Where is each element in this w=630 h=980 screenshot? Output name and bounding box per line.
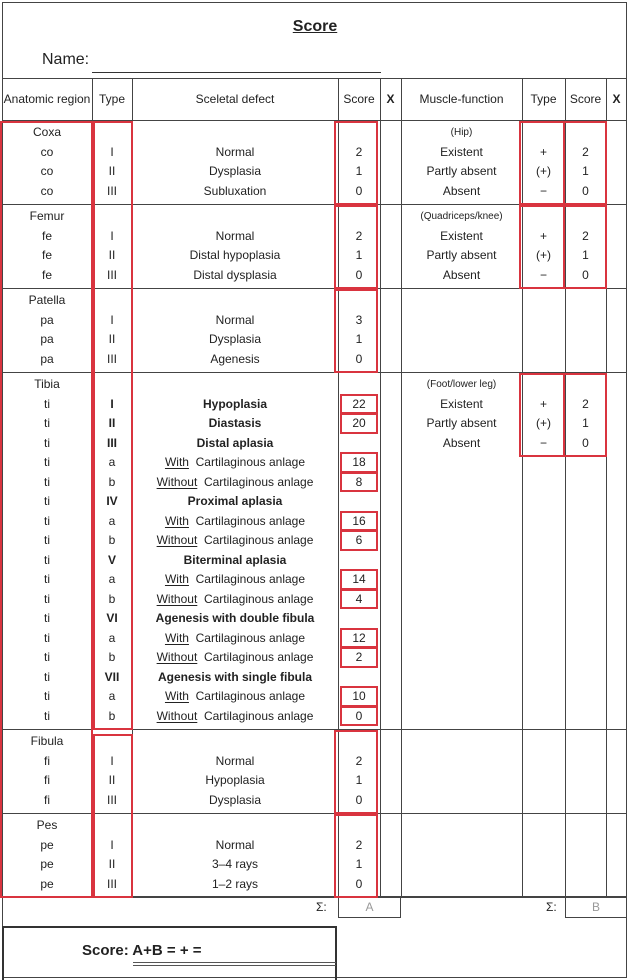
- anlage-qualifier: Without: [157, 533, 198, 547]
- defect-description: With Cartilaginous anlage: [132, 570, 338, 590]
- header-x: X: [380, 78, 401, 120]
- section-divider: [2, 204, 627, 205]
- defect-select-checkbox[interactable]: [380, 531, 401, 551]
- anlage-qualifier: Without: [157, 475, 198, 489]
- muscle-group-label: (Quadriceps/knee): [401, 207, 522, 227]
- defect-description: Normal: [132, 143, 338, 163]
- header-muscle-x: X: [606, 78, 627, 120]
- defect-score[interactable]: 18: [338, 453, 380, 473]
- defect-score[interactable]: 2: [338, 143, 380, 163]
- defect-score[interactable]: 10: [338, 687, 380, 707]
- defect-description: Distal aplasia: [132, 434, 338, 454]
- defect-type: III: [92, 434, 132, 454]
- muscle-function-value: Partly absent: [401, 246, 522, 266]
- defect-type: II: [92, 414, 132, 434]
- muscle-type: −: [522, 266, 565, 286]
- muscle-function-value: Absent: [401, 182, 522, 202]
- defect-description: Without Cartilaginous anlage: [132, 473, 338, 493]
- defect-type: a: [92, 687, 132, 707]
- defect-label: Cartilaginous anlage: [196, 514, 305, 528]
- defect-description: Normal: [132, 227, 338, 247]
- defect-select-checkbox[interactable]: [380, 570, 401, 590]
- defect-select-checkbox[interactable]: [380, 752, 401, 772]
- defect-score[interactable]: 4: [338, 590, 380, 610]
- muscle-type: (+): [522, 414, 565, 434]
- defect-label: Cartilaginous anlage: [204, 592, 313, 606]
- defect-score[interactable]: 14: [338, 570, 380, 590]
- muscle-group-label: (Hip): [401, 123, 522, 143]
- defect-select-checkbox[interactable]: [380, 434, 401, 454]
- muscle-score[interactable]: 0: [565, 266, 606, 286]
- defect-type: I: [92, 836, 132, 856]
- sum-a-field[interactable]: A: [338, 897, 401, 918]
- defect-type: b: [92, 531, 132, 551]
- defect-description: Diastasis: [132, 414, 338, 434]
- region-abbr: ti: [2, 590, 92, 610]
- defect-label: Cartilaginous anlage: [204, 533, 313, 547]
- muscle-function-value: Partly absent: [401, 414, 522, 434]
- defect-select-checkbox[interactable]: [380, 668, 401, 688]
- defect-score[interactable]: 0: [338, 182, 380, 202]
- region-abbr: ti: [2, 687, 92, 707]
- muscle-function-value: Existent: [401, 143, 522, 163]
- defect-type: b: [92, 473, 132, 493]
- defect-select-checkbox[interactable]: [380, 771, 401, 791]
- defect-type: II: [92, 330, 132, 350]
- sum-symbol-a: Σ:: [316, 900, 327, 914]
- defect-description: Without Cartilaginous anlage: [132, 531, 338, 551]
- defect-score[interactable]: 20: [338, 414, 380, 434]
- region-abbr: fe: [2, 227, 92, 247]
- defect-score[interactable]: [338, 609, 380, 629]
- defect-select-checkbox[interactable]: [380, 707, 401, 727]
- header-score: Score: [338, 78, 380, 120]
- muscle-function-value: Partly absent: [401, 162, 522, 182]
- defect-score[interactable]: [338, 434, 380, 454]
- anlage-qualifier: With: [165, 455, 189, 469]
- defect-type: a: [92, 453, 132, 473]
- section-divider: [2, 288, 627, 289]
- defect-description: 1–2 rays: [132, 875, 338, 895]
- defect-select-checkbox[interactable]: [380, 687, 401, 707]
- final-score-formula[interactable]: Score: A+B = + =: [82, 942, 202, 959]
- region-abbr: pe: [2, 836, 92, 856]
- region-abbr: pe: [2, 875, 92, 895]
- defect-type: II: [92, 771, 132, 791]
- name-label: Name:: [42, 51, 89, 69]
- defect-select-checkbox[interactable]: [380, 350, 401, 370]
- defect-type: I: [92, 143, 132, 163]
- defect-description: With Cartilaginous anlage: [132, 453, 338, 473]
- section-divider: [2, 813, 627, 814]
- region-abbr: ti: [2, 531, 92, 551]
- region-abbr: fe: [2, 246, 92, 266]
- region-label: Coxa: [2, 123, 92, 143]
- defect-type: a: [92, 629, 132, 649]
- muscle-score[interactable]: 1: [565, 162, 606, 182]
- defect-select-checkbox[interactable]: [380, 162, 401, 182]
- defect-description: Biterminal aplasia: [132, 551, 338, 571]
- defect-select-checkbox[interactable]: [380, 791, 401, 811]
- column-divider: [606, 78, 607, 896]
- score-underline: [133, 962, 336, 963]
- anlage-qualifier: Without: [157, 592, 198, 606]
- muscle-function-value: Existent: [401, 227, 522, 247]
- defect-type: VI: [92, 609, 132, 629]
- defect-label: Cartilaginous anlage: [196, 689, 305, 703]
- header-anatomic-region: Anatomic region: [2, 78, 92, 120]
- region-abbr: ti: [2, 434, 92, 454]
- region-abbr: ti: [2, 512, 92, 532]
- defect-type: b: [92, 590, 132, 610]
- defect-score[interactable]: 0: [338, 791, 380, 811]
- defect-score[interactable]: [338, 668, 380, 688]
- defect-score[interactable]: 1: [338, 855, 380, 875]
- defect-select-checkbox[interactable]: [380, 395, 401, 415]
- region-label: Fibula: [2, 732, 92, 752]
- region-abbr: pe: [2, 855, 92, 875]
- anlage-qualifier: Without: [157, 709, 198, 723]
- region-abbr: ti: [2, 453, 92, 473]
- muscle-function-value: Absent: [401, 434, 522, 454]
- defect-type: I: [92, 311, 132, 331]
- defect-type: a: [92, 512, 132, 532]
- muscle-type: +: [522, 395, 565, 415]
- defect-description: Hypoplasia: [132, 395, 338, 415]
- defect-select-checkbox[interactable]: [380, 875, 401, 895]
- defect-score[interactable]: 0: [338, 707, 380, 727]
- section-divider: [2, 729, 627, 730]
- region-abbr: pa: [2, 350, 92, 370]
- anlage-qualifier: With: [165, 514, 189, 528]
- region-label: Pes: [2, 816, 92, 836]
- region-abbr: pa: [2, 330, 92, 350]
- muscle-score[interactable]: 2: [565, 227, 606, 247]
- header-muscle-function: Muscle-function: [401, 78, 522, 120]
- region-label: Tibia: [2, 375, 92, 395]
- defect-description: Agenesis: [132, 350, 338, 370]
- defect-score[interactable]: 2: [338, 836, 380, 856]
- header-type: Type: [92, 78, 132, 120]
- header-muscle-score: Score: [565, 78, 606, 120]
- score-underline-double: [133, 965, 336, 966]
- defect-type: VII: [92, 668, 132, 688]
- defect-select-checkbox[interactable]: [380, 311, 401, 331]
- defect-score[interactable]: 3: [338, 311, 380, 331]
- anlage-qualifier: Without: [157, 650, 198, 664]
- defect-description: Hypoplasia: [132, 771, 338, 791]
- region-abbr: ti: [2, 629, 92, 649]
- muscle-function-value: Existent: [401, 395, 522, 415]
- defect-description: Dysplasia: [132, 330, 338, 350]
- region-abbr: ti: [2, 707, 92, 727]
- defect-description: 3–4 rays: [132, 855, 338, 875]
- region-abbr: fe: [2, 266, 92, 286]
- region-abbr: co: [2, 143, 92, 163]
- defect-type: b: [92, 707, 132, 727]
- defect-select-checkbox[interactable]: [380, 492, 401, 512]
- region-abbr: ti: [2, 473, 92, 493]
- muscle-score[interactable]: 0: [565, 434, 606, 454]
- defect-description: With Cartilaginous anlage: [132, 512, 338, 532]
- defect-type: III: [92, 791, 132, 811]
- region-abbr: ti: [2, 414, 92, 434]
- defect-description: Agenesis with single fibula: [132, 668, 338, 688]
- defect-score[interactable]: 2: [338, 752, 380, 772]
- region-label: Femur: [2, 207, 92, 227]
- defect-type: I: [92, 395, 132, 415]
- muscle-score[interactable]: 1: [565, 414, 606, 434]
- defect-select-checkbox[interactable]: [380, 182, 401, 202]
- defect-select-checkbox[interactable]: [380, 473, 401, 493]
- defect-select-checkbox[interactable]: [380, 143, 401, 163]
- region-abbr: ti: [2, 492, 92, 512]
- defect-description: Without Cartilaginous anlage: [132, 590, 338, 610]
- defect-type: I: [92, 752, 132, 772]
- muscle-function-value: Absent: [401, 266, 522, 286]
- defect-score[interactable]: 2: [338, 227, 380, 247]
- anlage-qualifier: With: [165, 631, 189, 645]
- name-field[interactable]: [92, 72, 381, 73]
- defect-type: V: [92, 551, 132, 571]
- defect-select-checkbox[interactable]: [380, 648, 401, 668]
- defect-description: Dysplasia: [132, 162, 338, 182]
- defect-score[interactable]: 0: [338, 875, 380, 895]
- muscle-type: +: [522, 227, 565, 247]
- region-abbr: fi: [2, 771, 92, 791]
- defect-description: Subluxation: [132, 182, 338, 202]
- defect-type: III: [92, 350, 132, 370]
- defect-label: Cartilaginous anlage: [196, 455, 305, 469]
- defect-score[interactable]: 22: [338, 395, 380, 415]
- defect-score[interactable]: [338, 551, 380, 571]
- defect-score[interactable]: 6: [338, 531, 380, 551]
- sum-symbol-b: Σ:: [546, 900, 557, 914]
- region-abbr: ti: [2, 609, 92, 629]
- region-abbr: ti: [2, 551, 92, 571]
- defect-type: II: [92, 855, 132, 875]
- muscle-type: +: [522, 143, 565, 163]
- muscle-score[interactable]: 1: [565, 246, 606, 266]
- defect-select-checkbox[interactable]: [380, 609, 401, 629]
- defect-label: Cartilaginous anlage: [196, 572, 305, 586]
- defect-score[interactable]: 16: [338, 512, 380, 532]
- muscle-group-label: (Foot/lower leg): [401, 375, 522, 395]
- section-divider: [2, 897, 627, 898]
- defect-select-checkbox[interactable]: [380, 227, 401, 247]
- header-bottom-line: [2, 120, 627, 121]
- region-label: Patella: [2, 291, 92, 311]
- defect-type: III: [92, 266, 132, 286]
- defect-select-checkbox[interactable]: [380, 330, 401, 350]
- defect-select-checkbox[interactable]: [380, 414, 401, 434]
- defect-description: Agenesis with double fibula: [132, 609, 338, 629]
- defect-score[interactable]: 1: [338, 246, 380, 266]
- defect-select-checkbox[interactable]: [380, 266, 401, 286]
- defect-score[interactable]: 8: [338, 473, 380, 493]
- defect-description: Distal dysplasia: [132, 266, 338, 286]
- defect-score[interactable]: 2: [338, 648, 380, 668]
- anlage-qualifier: With: [165, 572, 189, 586]
- muscle-type: −: [522, 182, 565, 202]
- defect-type: II: [92, 246, 132, 266]
- region-abbr: co: [2, 182, 92, 202]
- defect-score[interactable]: 12: [338, 629, 380, 649]
- defect-select-checkbox[interactable]: [380, 590, 401, 610]
- muscle-score[interactable]: 0: [565, 182, 606, 202]
- region-abbr: ti: [2, 570, 92, 590]
- defect-select-checkbox[interactable]: [380, 551, 401, 571]
- muscle-type: (+): [522, 162, 565, 182]
- region-abbr: pa: [2, 311, 92, 331]
- region-abbr: fi: [2, 752, 92, 772]
- defect-score[interactable]: [338, 492, 380, 512]
- defect-score[interactable]: 1: [338, 771, 380, 791]
- muscle-type: (+): [522, 246, 565, 266]
- defect-description: Proximal aplasia: [132, 492, 338, 512]
- defect-description: Without Cartilaginous anlage: [132, 648, 338, 668]
- anlage-qualifier: With: [165, 689, 189, 703]
- defect-description: Normal: [132, 311, 338, 331]
- defect-type: I: [92, 227, 132, 247]
- defect-description: Dysplasia: [132, 791, 338, 811]
- region-abbr: ti: [2, 648, 92, 668]
- defect-score[interactable]: 1: [338, 162, 380, 182]
- defect-type: II: [92, 162, 132, 182]
- defect-description: Normal: [132, 752, 338, 772]
- header-muscle-type: Type: [522, 78, 565, 120]
- defect-type: a: [92, 570, 132, 590]
- sum-b-field[interactable]: B: [565, 897, 627, 918]
- defect-select-checkbox[interactable]: [380, 836, 401, 856]
- defect-label: Cartilaginous anlage: [196, 631, 305, 645]
- defect-label: Cartilaginous anlage: [204, 650, 313, 664]
- defect-description: Distal hypoplasia: [132, 246, 338, 266]
- region-abbr: fi: [2, 791, 92, 811]
- defect-type: b: [92, 648, 132, 668]
- defect-score[interactable]: 0: [338, 350, 380, 370]
- defect-description: With Cartilaginous anlage: [132, 687, 338, 707]
- header-skeletal-defect: Sceletal defect: [132, 78, 338, 120]
- defect-description: Without Cartilaginous anlage: [132, 707, 338, 727]
- defect-label: Cartilaginous anlage: [204, 709, 313, 723]
- defect-select-checkbox[interactable]: [380, 246, 401, 266]
- header-top-line: [2, 78, 627, 79]
- defect-type: IV: [92, 492, 132, 512]
- defect-type: III: [92, 182, 132, 202]
- muscle-type: −: [522, 434, 565, 454]
- section-divider: [2, 372, 627, 373]
- defect-description: Normal: [132, 836, 338, 856]
- defect-select-checkbox[interactable]: [380, 453, 401, 473]
- defect-type: III: [92, 875, 132, 895]
- defect-select-checkbox[interactable]: [380, 629, 401, 649]
- defect-label: Cartilaginous anlage: [204, 475, 313, 489]
- defect-score[interactable]: 0: [338, 266, 380, 286]
- page-title: Score: [0, 18, 630, 36]
- muscle-score[interactable]: 2: [565, 143, 606, 163]
- region-abbr: ti: [2, 395, 92, 415]
- defect-description: With Cartilaginous anlage: [132, 629, 338, 649]
- defect-select-checkbox[interactable]: [380, 512, 401, 532]
- muscle-score[interactable]: 2: [565, 395, 606, 415]
- defect-select-checkbox[interactable]: [380, 855, 401, 875]
- defect-score[interactable]: 1: [338, 330, 380, 350]
- region-abbr: ti: [2, 668, 92, 688]
- region-abbr: co: [2, 162, 92, 182]
